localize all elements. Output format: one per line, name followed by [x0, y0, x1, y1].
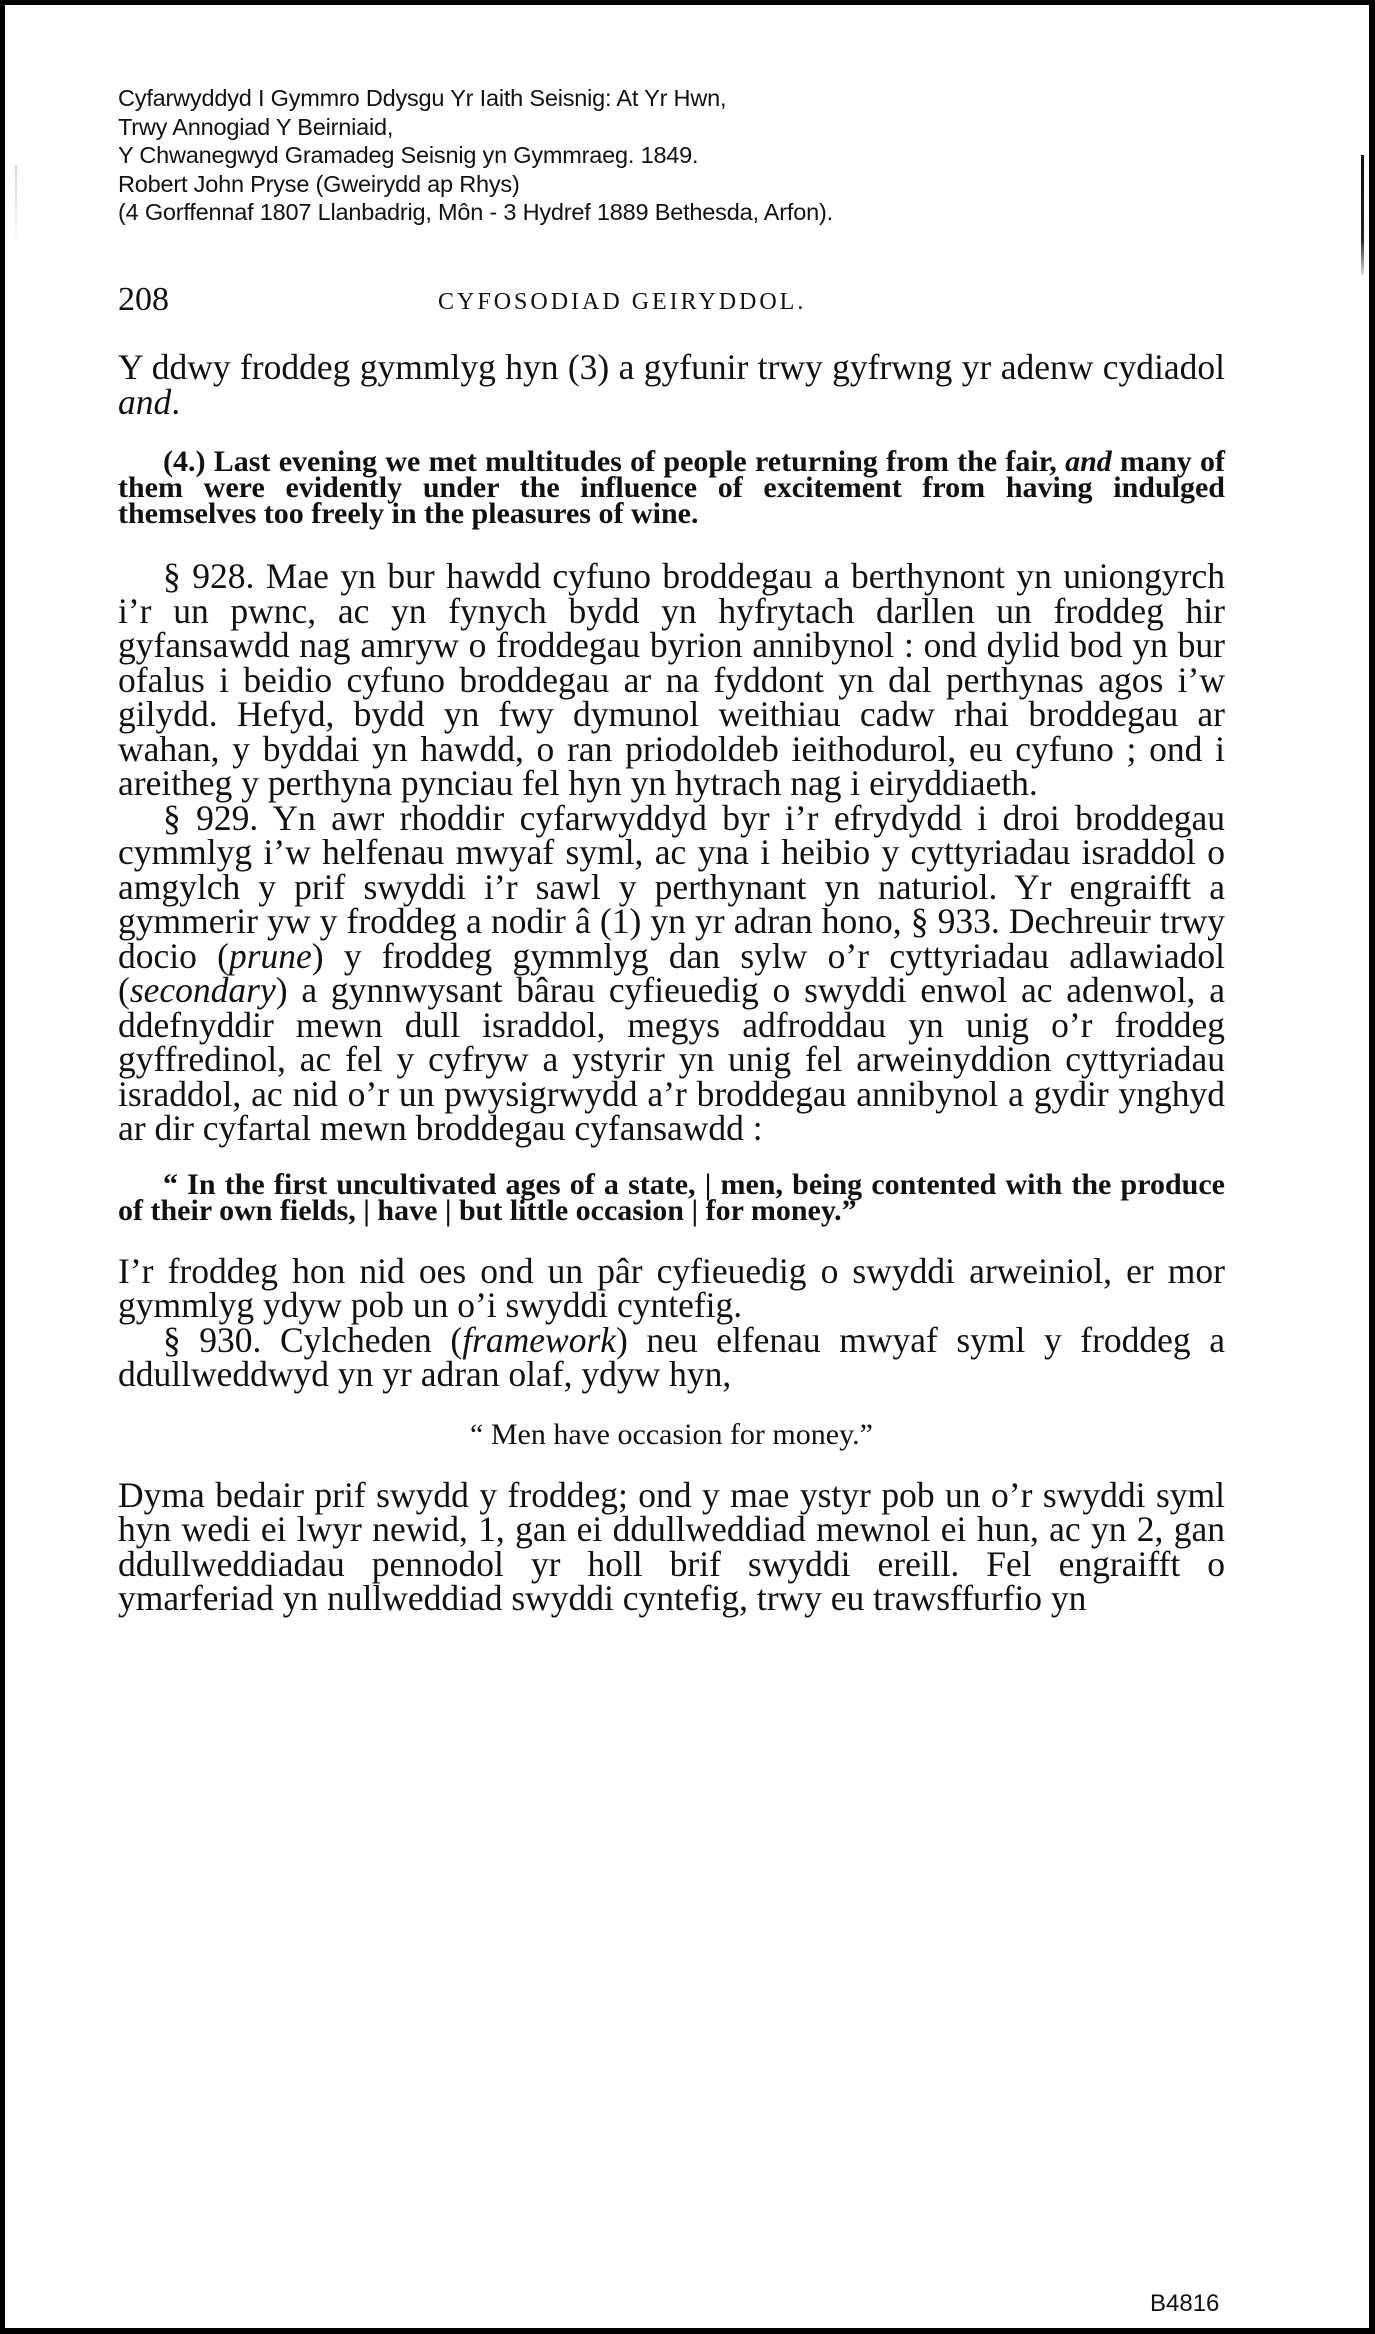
page-number: 208 [118, 281, 169, 319]
document-code: B4816 [1150, 2290, 1219, 2318]
centered-quote: “ Men have occasion for money.” [118, 1418, 1225, 1452]
scan-edge-line [1361, 155, 1364, 275]
scan-artifact [15, 165, 17, 245]
italic-term: and [118, 382, 171, 422]
closing-paragraph: Dyma bedair prif swydd y froddeg; ond y … [118, 1478, 1225, 1616]
chapter-title: CYFOSODIAD GEIRYDDOL. [438, 289, 806, 316]
running-head: 208 CYFOSODIAD GEIRYDDOL. [118, 281, 1248, 321]
document-page: Cyfarwyddyd I Gymmro Ddysgu Yr Iaith Sei… [5, 5, 1369, 2328]
source-author-line: Robert John Pryse (Gweirydd ap Rhys) [118, 170, 833, 199]
source-title-line: Trwy Annogiad Y Beirniaid, [118, 113, 833, 142]
example-paragraph: (4.) Last evening we met multitudes of p… [118, 449, 1225, 527]
section-929: § 929. Yn awr rhoddir cyfarwyddyd byr i’… [118, 801, 1225, 1146]
quote-commentary: I’r froddeg hon nid oes ond un pâr cyfie… [118, 1254, 1225, 1323]
source-author-dates: (4 Gorffennaf 1807 Llanbadrig, Môn - 3 H… [118, 198, 833, 227]
section-930: § 930. Cylcheden (framework) neu elfenau… [118, 1323, 1225, 1392]
source-header: Cyfarwyddyd I Gymmro Ddysgu Yr Iaith Sei… [118, 84, 833, 227]
section-928: § 928. Mae yn bur hawdd cyfuno broddegau… [118, 559, 1225, 801]
page-body: Y ddwy froddeg gymmlyg hyn (3) a gyfunir… [118, 350, 1225, 1616]
source-title-line: Cyfarwyddyd I Gymmro Ddysgu Yr Iaith Sei… [118, 84, 833, 113]
intro-paragraph: Y ddwy froddeg gymmlyg hyn (3) a gyfunir… [118, 350, 1225, 419]
source-title-line: Y Chwanegwyd Gramadeg Seisnig yn Gymmrae… [118, 141, 833, 170]
block-quote: “ In the first uncultivated ages of a st… [118, 1172, 1225, 1224]
